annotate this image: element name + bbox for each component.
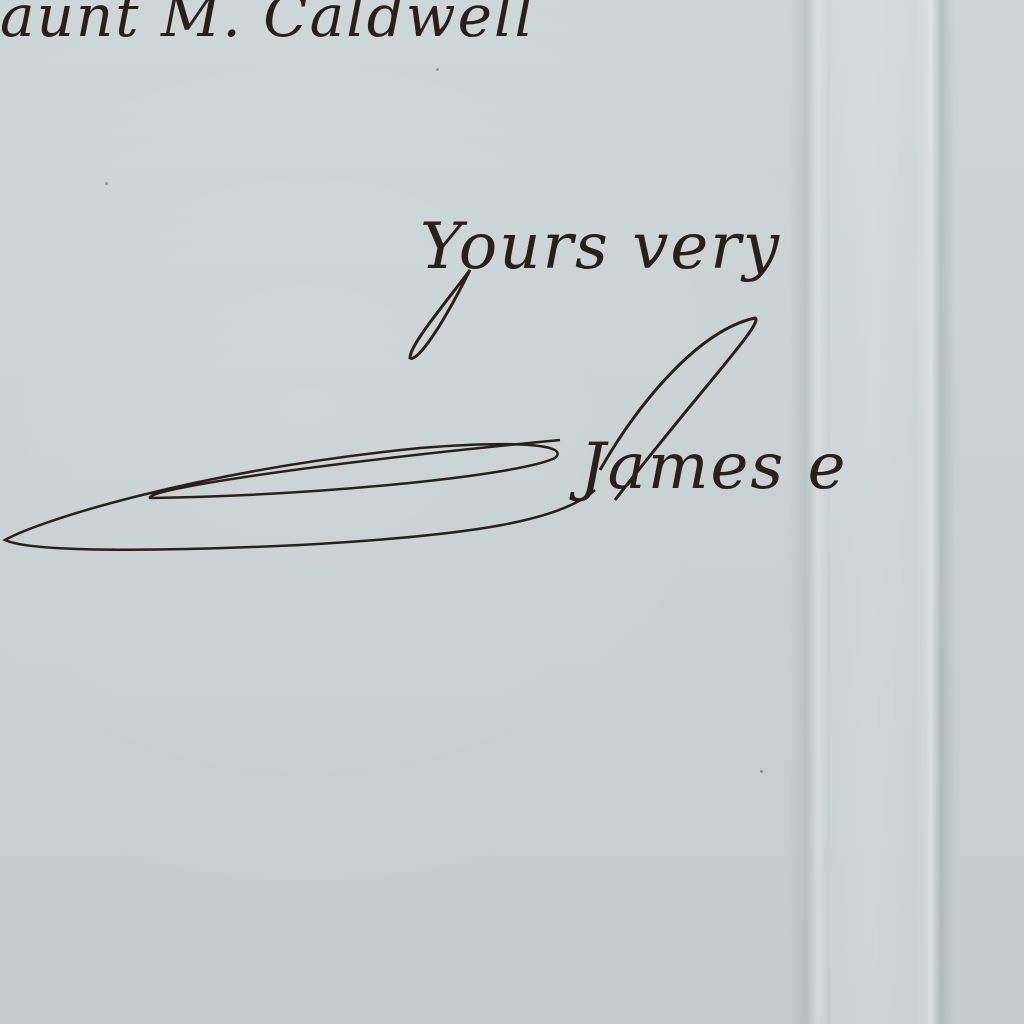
signature-flourish xyxy=(0,0,1024,1024)
handwritten-signature: James e xyxy=(580,430,847,504)
letter-paper: aunt M. Caldwell Yours very James e xyxy=(0,0,1024,1024)
